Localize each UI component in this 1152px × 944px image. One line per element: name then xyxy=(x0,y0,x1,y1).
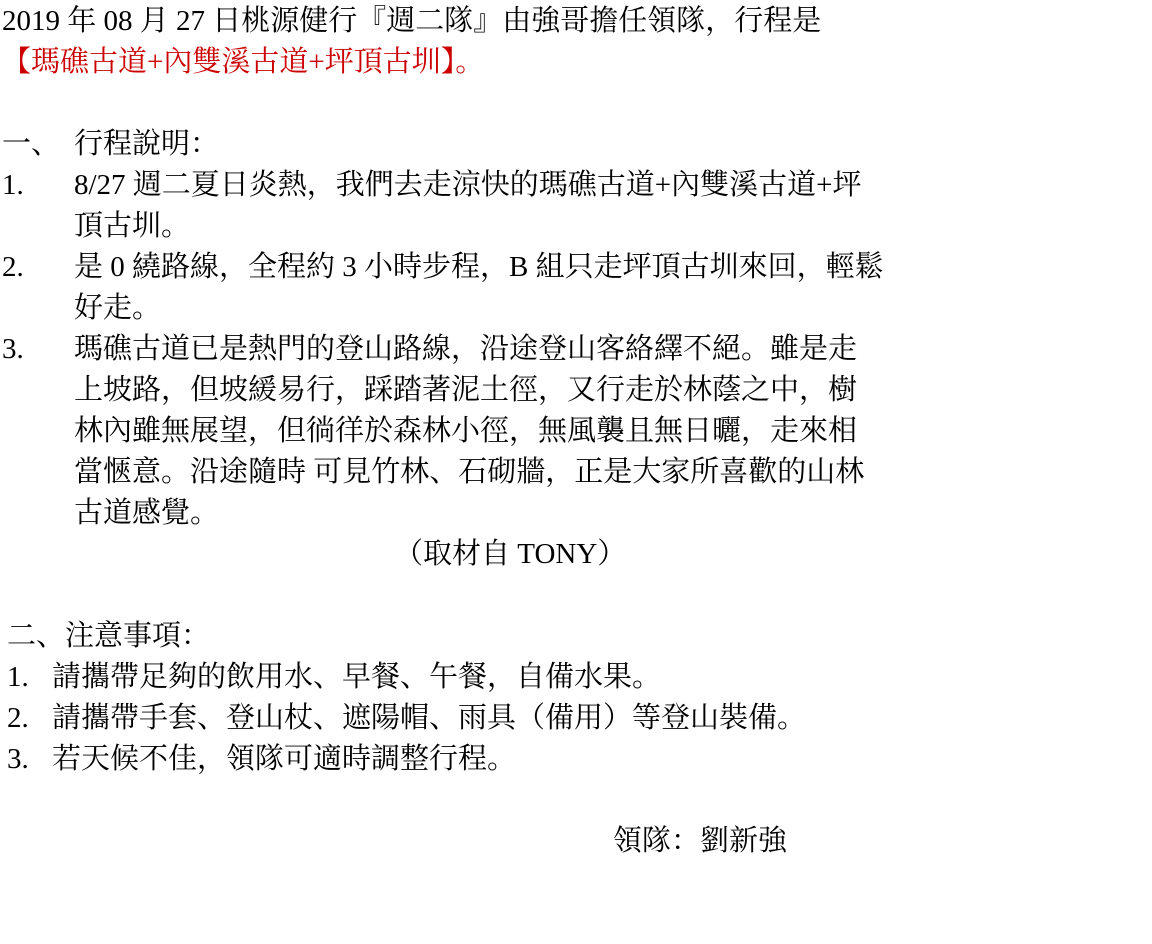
list-item-line: 古道感覺。 xyxy=(74,493,1152,534)
section2-heading: 二、注意事項： xyxy=(7,616,1152,657)
list-item-line: 請攜帶足夠的飲用水、早餐、午餐，自備水果。 xyxy=(52,657,1152,698)
list-item-marker: 2. xyxy=(2,247,24,288)
intro-line: 2019 年 08 月 27 日桃源健行『週二隊』由強哥擔任領隊，行程是 xyxy=(2,1,1152,42)
list-item-line: 請攜帶手套、登山杖、遮陽帽、雨具（備用）等登山裝備。 xyxy=(52,698,1152,739)
list-item-marker: 2. xyxy=(7,698,29,739)
intro-paragraph: 2019 年 08 月 27 日桃源健行『週二隊』由強哥擔任領隊，行程是 【瑪礁… xyxy=(2,1,1152,83)
list-item: 2. 請攜帶手套、登山杖、遮陽帽、雨具（備用）等登山裝備。 xyxy=(2,698,1152,739)
document-page: 2019 年 08 月 27 日桃源健行『週二隊』由強哥擔任領隊，行程是 【瑪礁… xyxy=(0,0,1152,944)
list-item-line: 瑪礁古道已是熱門的登山路線，沿途登山客絡繹不絕。雖是走 xyxy=(74,329,1152,370)
list-item-marker: 1. xyxy=(7,657,29,698)
list-item: 2. 是 0 繞路線，全程約 3 小時步程，B 組只走坪頂古圳來回，輕鬆 好走。 xyxy=(2,247,1152,329)
section1-heading-marker: 一、 xyxy=(2,124,60,165)
list-item: 3. 若天候不佳，領隊可適時調整行程。 xyxy=(2,739,1152,780)
list-item-line: 林內雖無展望，但徜徉於森林小徑，無風襲且無日曬，走來相 xyxy=(74,411,1152,452)
list-item: 3. 瑪礁古道已是熱門的登山路線，沿途登山客絡繹不絕。雖是走 上坡路，但坡緩易行… xyxy=(2,329,1152,534)
signature: 領隊：劉新強 xyxy=(613,821,1152,862)
list-item-line: 8/27 週二夏日炎熱，我們去走涼快的瑪礁古道+內雙溪古道+坪 xyxy=(74,165,1152,206)
list-item-line: 當愜意。沿途隨時 可見竹林、石砌牆，正是大家所喜歡的山林 xyxy=(74,452,1152,493)
list-item-line: 好走。 xyxy=(74,288,1152,329)
list-item-marker: 3. xyxy=(2,329,24,370)
list-item-line: 頂古圳。 xyxy=(74,206,1152,247)
attribution: （取材自 TONY） xyxy=(394,534,1152,575)
section1-heading-text: 行程說明： xyxy=(74,128,219,160)
list-item: 1. 請攜帶足夠的飲用水、早餐、午餐，自備水果。 xyxy=(2,657,1152,698)
itinerary-highlight: 【瑪礁古道+內雙溪古道+坪頂古圳】。 xyxy=(2,42,1152,83)
list-item-line: 是 0 繞路線，全程約 3 小時步程，B 組只走坪頂古圳來回，輕鬆 xyxy=(74,247,1152,288)
section1-heading: 一、 行程說明： xyxy=(2,124,1152,165)
list-item-marker: 3. xyxy=(7,739,29,780)
list-item-marker: 1. xyxy=(2,165,24,206)
list-item: 1. 8/27 週二夏日炎熱，我們去走涼快的瑪礁古道+內雙溪古道+坪 頂古圳。 xyxy=(2,165,1152,247)
list-item-line: 若天候不佳，領隊可適時調整行程。 xyxy=(52,739,1152,780)
list-item-line: 上坡路，但坡緩易行，踩踏著泥土徑，又行走於林蔭之中，樹 xyxy=(74,370,1152,411)
